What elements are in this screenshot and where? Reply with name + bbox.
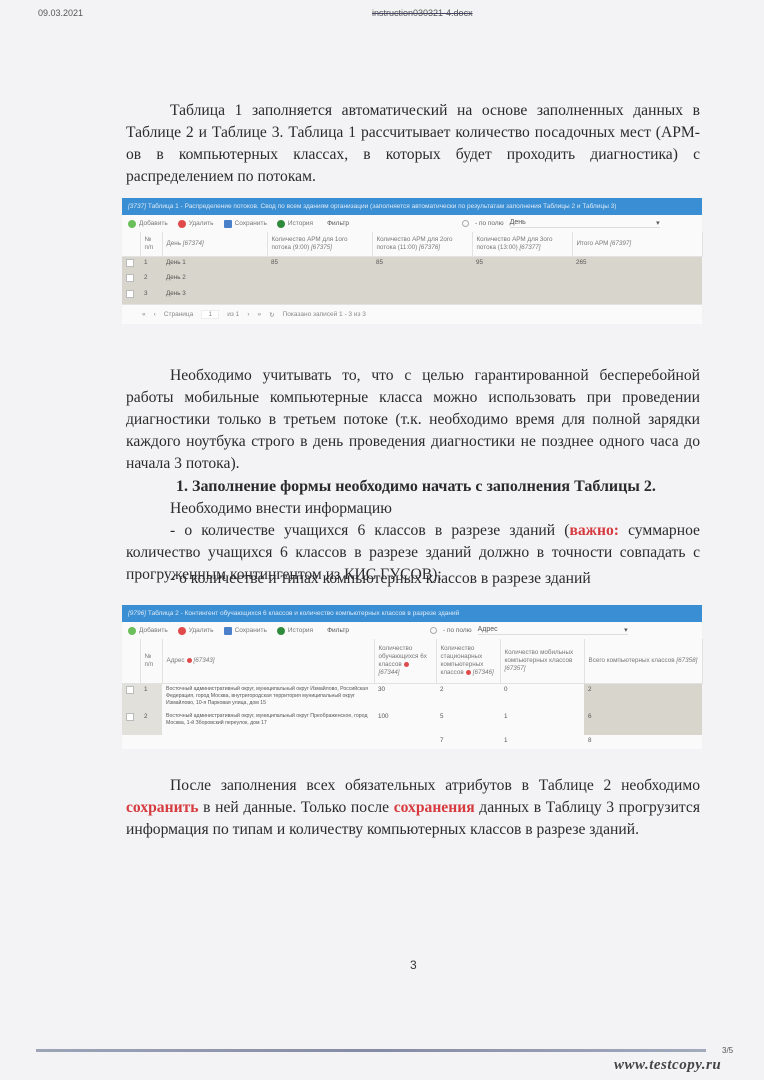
select-all-header (122, 639, 140, 683)
document-filename: instruction030321-4.docx (372, 8, 473, 18)
last-page-icon[interactable]: » (257, 311, 261, 318)
refresh-icon[interactable]: ↻ (269, 311, 274, 319)
intro-paragraph: Таблица 1 заполняется автоматический на … (126, 100, 700, 188)
save-icon (224, 220, 232, 228)
table2-history-button[interactable]: История (277, 627, 313, 635)
table1-search[interactable]: - по полю День▾ (462, 219, 660, 228)
add-icon (128, 627, 136, 635)
page-number: 3 (410, 958, 417, 972)
table2-search-field-select[interactable]: Адрес▾ (478, 626, 628, 635)
table-row[interactable]: 1 День 1 85 85 95 265 (122, 256, 702, 272)
table1-search-field-select[interactable]: День▾ (510, 219, 660, 228)
table1-title-bar: [3737] Таблица 1 - Распределение потоков… (122, 198, 702, 215)
table1-toolbar: Добавить Удалить Сохранить История Фильт… (122, 215, 702, 232)
table-row[interactable]: 3 День 3 (122, 288, 702, 304)
col-num: № п/п (140, 639, 162, 683)
table2-toolbar: Добавить Удалить Сохранить История Фильт… (122, 622, 702, 639)
important-label: важно: (569, 522, 619, 539)
saving-emphasis: сохранения (394, 799, 475, 816)
col-mobile: Количество мобильных компьютерных классо… (500, 639, 584, 683)
table1-add-button[interactable]: Добавить (128, 220, 168, 228)
delete-icon (178, 627, 186, 635)
bullet-classes: - о количестве и типах компьютерных клас… (126, 568, 700, 590)
add-icon (128, 220, 136, 228)
search-icon (462, 220, 469, 227)
chevron-down-icon: ▾ (624, 626, 628, 634)
table2-grid: [9796] Таблица 2 - Контингент обучающихс… (122, 605, 702, 749)
table2-delete-button[interactable]: Удалить (178, 627, 214, 635)
col-total-classes: Всего компьютерных классов [67358] (584, 639, 702, 683)
row-checkbox[interactable] (126, 290, 134, 298)
save-emphasis: сохранить (126, 799, 198, 816)
col-stream2: Количество АРМ для 2ого потока (11:00) [… (372, 232, 472, 256)
table2: № п/п Адрес[67343] Количество обучающихс… (122, 639, 703, 749)
table2-add-button[interactable]: Добавить (128, 627, 168, 635)
table-row[interactable]: 2 День 2 (122, 272, 702, 288)
table2-save-button[interactable]: Сохранить (224, 627, 267, 635)
totals-row: 7 1 8 (122, 735, 702, 749)
save-paragraph: После заполнения всех обязательных атриб… (126, 775, 700, 841)
table1-delete-button[interactable]: Удалить (178, 220, 214, 228)
row-checkbox[interactable] (126, 274, 134, 282)
table2-title-bar: [9796] Таблица 2 - Контингент обучающихс… (122, 605, 702, 622)
row-checkbox[interactable] (126, 686, 134, 694)
required-icon (466, 670, 471, 675)
chevron-down-icon: ▾ (656, 219, 660, 227)
required-icon (404, 662, 409, 667)
row-checkbox[interactable] (126, 259, 134, 267)
col-stream3: Количество АРМ для 3ого потока (13:00) [… (472, 232, 572, 256)
col-total: Итого АРМ [67397] (572, 232, 702, 256)
first-page-icon[interactable]: « (142, 311, 146, 318)
footer-url (36, 1046, 706, 1054)
table1-save-button[interactable]: Сохранить (224, 220, 267, 228)
history-icon (277, 627, 285, 635)
save-icon (224, 627, 232, 635)
table1: № п/п День [67374] Количество АРМ для 1о… (122, 232, 703, 304)
delete-icon (178, 220, 186, 228)
page-header: 09.03.2021 instruction030321-4.docx (0, 8, 764, 22)
table1-filter-button[interactable]: Фильтр (327, 220, 349, 227)
records-shown: Показано записей 1 - 3 из 3 (283, 311, 366, 318)
print-date: 09.03.2021 (38, 8, 83, 18)
section-line: Необходимо внести информацию (170, 498, 700, 520)
strikethrough-url (36, 1049, 706, 1052)
page-count: 3/5 (722, 1046, 733, 1055)
table1-history-button[interactable]: История (277, 220, 313, 228)
watermark: www.testcopy.ru (614, 1057, 721, 1074)
table-row[interactable]: 2 Восточный административный округ, муни… (122, 711, 702, 735)
col-stationary: Количество стационарных компьютерных кла… (436, 639, 500, 683)
next-page-icon[interactable]: › (247, 311, 249, 318)
section-heading: 1. Заполнение формы необходимо начать с … (176, 478, 656, 496)
search-icon (430, 627, 437, 634)
required-icon (187, 658, 192, 663)
col-num: № п/п (140, 232, 162, 256)
page-input[interactable]: 1 (201, 310, 219, 319)
col-students: Количество обучающихся 6х классов[67344] (374, 639, 436, 683)
prev-page-icon[interactable]: ‹ (154, 311, 156, 318)
col-stream1: Количество АРМ для 1ого потока (9:00) [6… (267, 232, 372, 256)
table1-grid: [3737] Таблица 1 - Распределение потоков… (122, 198, 702, 324)
table1-pager: « ‹ Страница 1 из 1 › » ↻ Показано запис… (122, 304, 702, 324)
table2-filter-button[interactable]: Фильтр (327, 627, 349, 634)
select-all-header (122, 232, 140, 256)
table2-search[interactable]: - по полю Адрес▾ (430, 626, 628, 635)
note-paragraph: Необходимо учитывать то, что с целью гар… (126, 365, 700, 475)
table-row[interactable]: 1 Восточный административный округ, муни… (122, 683, 702, 711)
history-icon (277, 220, 285, 228)
row-checkbox[interactable] (126, 713, 134, 721)
col-day: День [67374] (162, 232, 267, 256)
col-address: Адрес[67343] (162, 639, 374, 683)
